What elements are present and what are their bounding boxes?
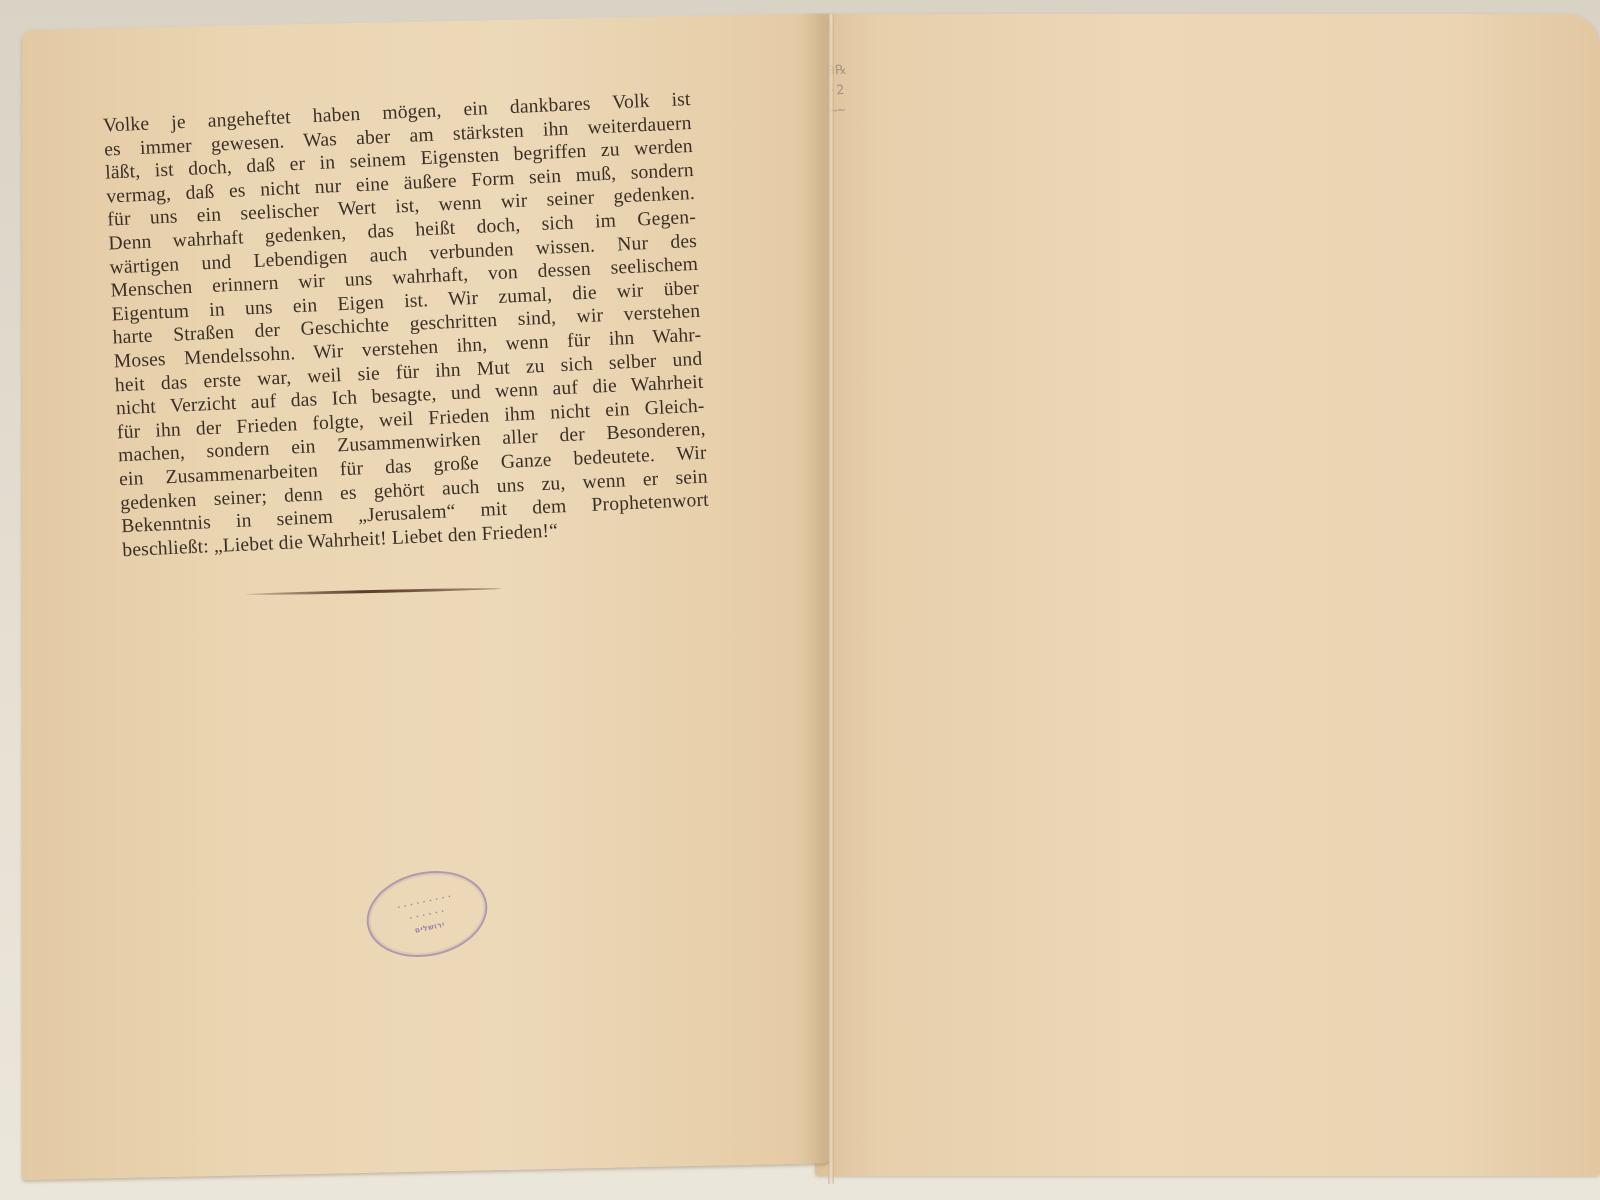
stamp-text: ירושלים [414, 919, 446, 934]
body-text: Volke je angeheftet haben mögen, ein dan… [103, 88, 711, 562]
book-gutter [828, 14, 834, 1184]
right-page: ℓ 30℞ 7·2 ~~~ [815, 14, 1600, 1176]
